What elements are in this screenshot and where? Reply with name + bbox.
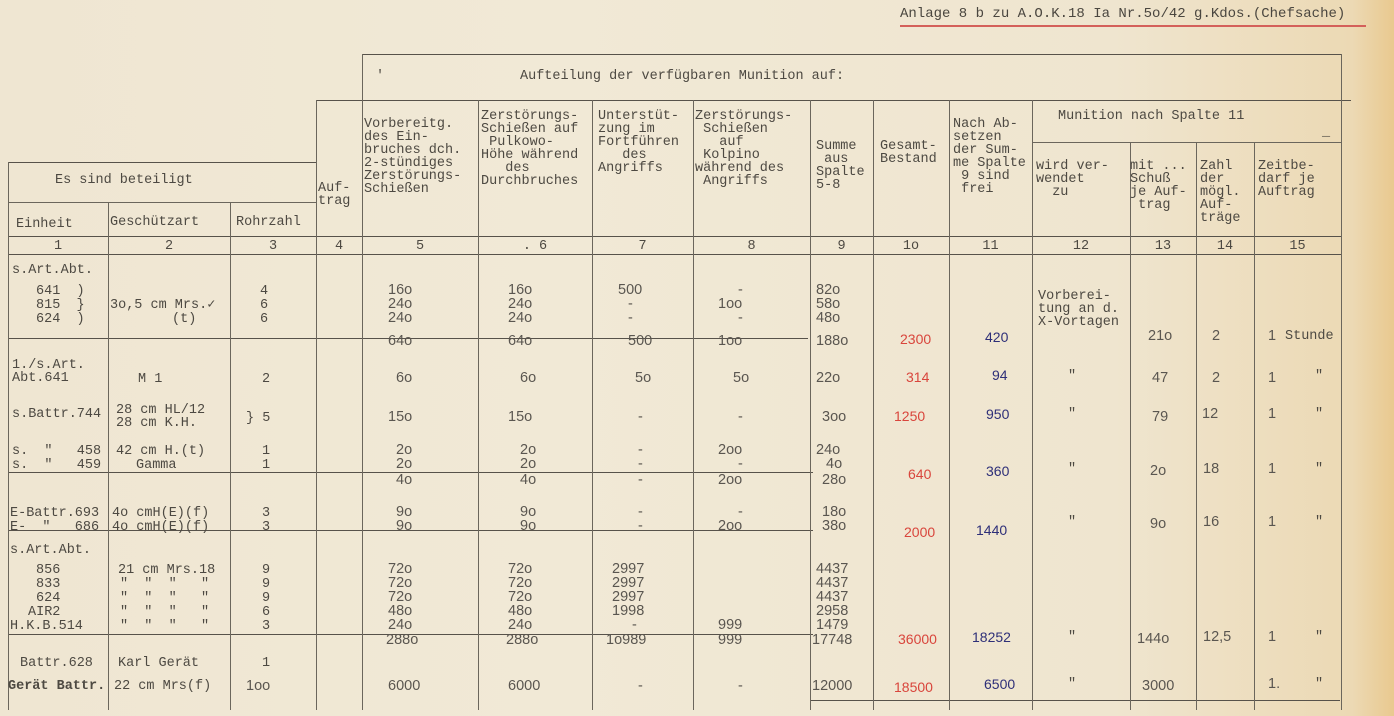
- title-underline: [900, 25, 1366, 27]
- col-header-8: Zerstörungs- Schießen auf Kolpino währen…: [695, 110, 792, 188]
- col-header-auftrag: Auf- trag: [318, 182, 350, 208]
- col-header-9: Summe aus Spalte 5-8: [816, 140, 865, 192]
- annex-title: Anlage 8 b zu A.O.K.18 Ia Nr.5o/42 g.Kdo…: [900, 6, 1345, 22]
- dash-mark: _: [1322, 126, 1330, 139]
- col-header-11: Nach Ab- setzen der Sum- me Spalte 9 sin…: [953, 118, 1026, 196]
- col-header-14: Zahl der mögl. Auf- träge: [1200, 160, 1241, 225]
- col-header-rohrzahl: Rohrzahl: [236, 216, 301, 229]
- col-header-5: Vorbereitg. des Ein- bruches dch. 2-stün…: [364, 118, 461, 196]
- participants-group-header: Es sind beteiligt: [55, 174, 193, 187]
- col-header-einheit: Einheit: [16, 218, 73, 231]
- col-header-15: Zeitbe- darf je Auftrag: [1258, 160, 1315, 199]
- munition-group-header: Munition nach Spalte 11: [1058, 110, 1244, 123]
- col-header-10: Gesamt- Bestand: [880, 140, 937, 166]
- col-header-12: wird ver- wendet zu: [1036, 160, 1109, 199]
- col-header-geschuetzart: Geschützart: [110, 216, 199, 229]
- col-header-7: Unterstüt- zung im Fortführen des Angrif…: [598, 110, 679, 175]
- col-header-6: Zerstörungs- Schießen auf Pulkowo- Höhe …: [481, 110, 578, 188]
- distribution-group-header: Aufteilung der verfügbaren Munition auf:: [520, 70, 844, 83]
- col-header-13: mit ... Schuß je Auf- trag: [1130, 160, 1187, 212]
- tick-mark: ': [376, 70, 384, 83]
